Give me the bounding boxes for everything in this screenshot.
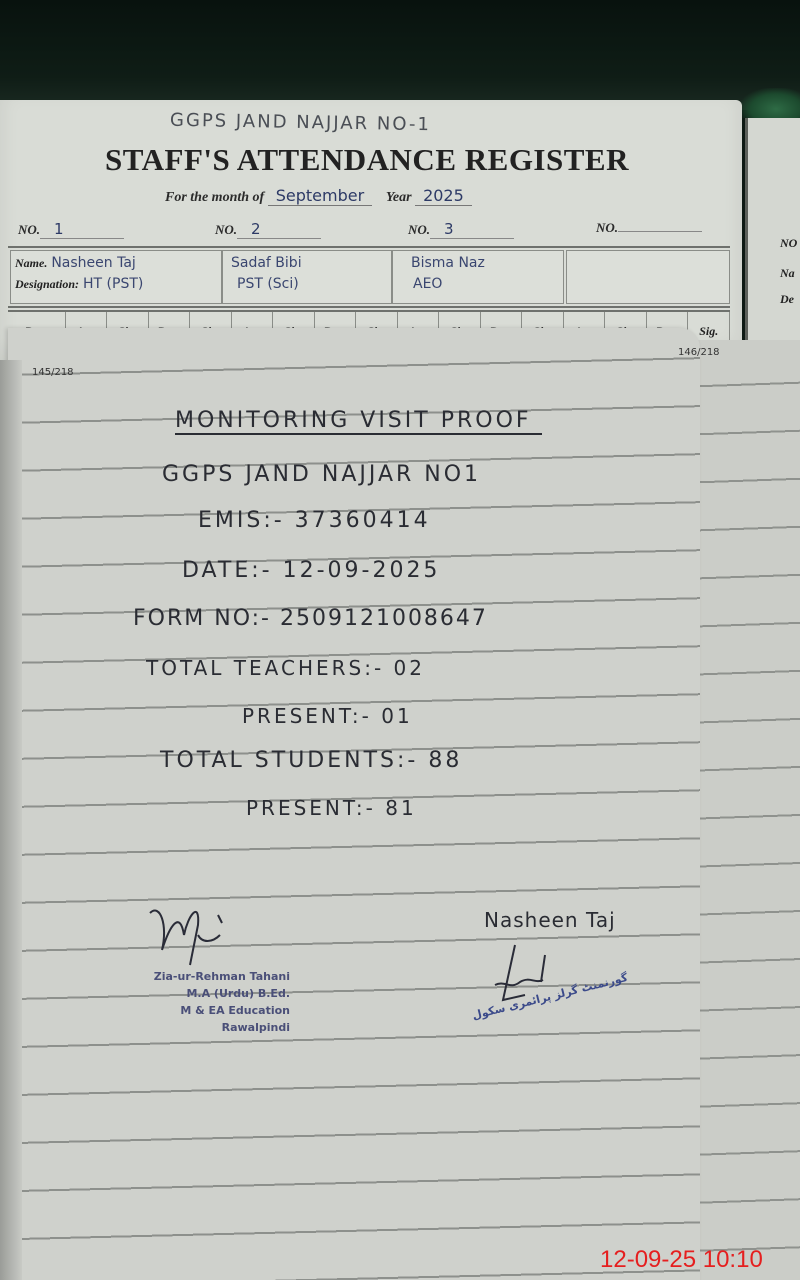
staff-cell-4 [566, 250, 730, 304]
staff-no-4: NO. [596, 220, 702, 236]
note-line-teachers-present: PRESENT:- 01 [242, 704, 413, 728]
headteacher-name: Nasheen Taj [484, 908, 616, 932]
right-page-no-label: NO [780, 236, 797, 251]
note-title: MONITORING VISIT PROOF [175, 408, 542, 435]
camera-timestamp: 12-09-25 10:10 [600, 1246, 763, 1274]
year-label: Year [386, 190, 412, 205]
note-line-total-students: TOTAL STUDENTS:- 88 [160, 748, 462, 773]
right-page-name-label: Na [780, 266, 795, 281]
signature-left-icon [140, 895, 250, 975]
month-label: For the month of [165, 190, 264, 205]
plant-leaf [740, 88, 800, 118]
officer-stamp: Zia-ur-Rehman Tahani M.A (Urdu) B.Ed. M … [125, 968, 290, 1036]
staff-no-3: NO.3 [408, 220, 514, 239]
page-number-left: 145/218 [32, 368, 74, 378]
officer-name: Zia-ur-Rehman Tahani [125, 968, 290, 985]
year-value: 2025 [415, 186, 472, 206]
register-title: STAFF'S ATTENDANCE REGISTER [105, 142, 629, 178]
staff-cell-2: Sadaf Bibi PST (Sci) [222, 250, 392, 304]
right-page-designation-label: De [780, 292, 794, 307]
page-number-right: 146/218 [678, 348, 720, 358]
note-line-date: DATE:- 12-09-2025 [182, 558, 440, 583]
staff-cell-1: Name. Nasheen Taj Designation: HT (PST) [10, 250, 222, 304]
month-line: For the month of September Year 2025 [165, 186, 472, 206]
staff-designation: HT (PST) [83, 276, 143, 292]
notebook-edge [0, 360, 22, 1280]
month-value: September [268, 186, 372, 206]
staff-designation: PST (Sci) [237, 276, 299, 292]
staff-no-2: NO.2 [215, 220, 321, 239]
officer-office: M & EA Education Rawalpindi [125, 1002, 290, 1036]
staff-name: Nasheen Taj [51, 255, 135, 271]
staff-no-1: NO.1 [18, 220, 124, 239]
note-line-total-teachers: TOTAL TEACHERS:- 02 [146, 656, 425, 680]
note-line-students-present: PRESENT:- 81 [246, 796, 417, 820]
note-line-form-no: FORM NO:- 2509121008647 [133, 606, 488, 631]
officer-qualification: M.A (Urdu) B.Ed. [125, 985, 290, 1002]
staff-name: Bisma Naz [411, 255, 485, 271]
note-line-emis: EMIS:- 37360414 [198, 508, 431, 533]
staff-designation: AEO [413, 276, 442, 292]
staff-cell-3: Bisma Naz AEO [392, 250, 564, 304]
staff-name: Sadaf Bibi [231, 255, 302, 271]
dark-background [0, 0, 800, 110]
note-line-school: GGPS JAND NAJJAR NO1 [162, 462, 481, 487]
